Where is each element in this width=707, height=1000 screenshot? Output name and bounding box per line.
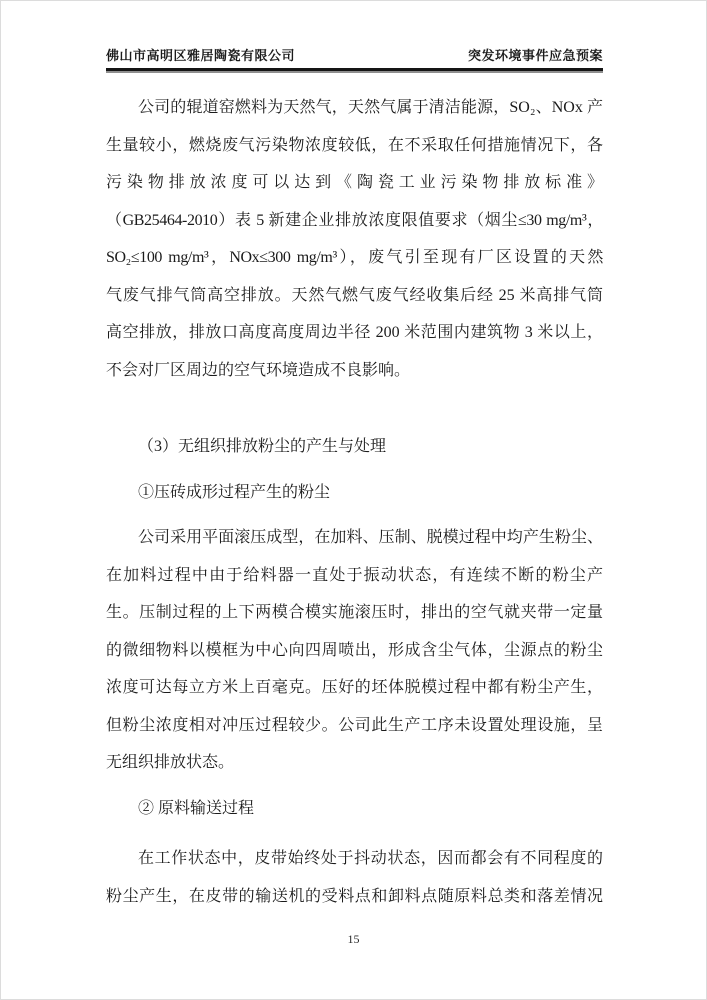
body-line: 的微细物料以模框为中心向四周喷出，形成含尘气体，尘源点的粉尘 [106,632,603,670]
subsection-heading-2: ② 原料输送过程 [106,790,603,828]
body-line: 在加料过程中由于给料器一直处于振动状态，有连续不断的粉尘产 [106,557,603,595]
paragraph-2: 公司采用平面滚压成型，在加料、压制、脱模过程中均产生粉尘、 在加料过程中由于给料… [106,519,603,782]
body-line: 公司的辊道窑燃料为天然气，天然气属于清洁能源，SO₂、NOx 产 [106,89,603,127]
section-heading-3: （3）无组织排放粉尘的产生与处理 [106,428,603,466]
body-line: SO₂≤100 mg/m³，NOx≤300 mg/m³），废气引至现有厂区设置的… [106,239,603,277]
body-line: 生量较小，燃烧废气污染物浓度较低，在不采取任何措施情况下，各 [106,127,603,165]
body-line: 生。压制过程的上下两模合模实施滚压时，排出的空气就夹带一定量 [106,594,603,632]
page-number: 15 [1,932,706,947]
paragraph-1: 公司的辊道窑燃料为天然气，天然气属于清洁能源，SO₂、NOx 产 生量较小，燃烧… [106,89,603,389]
header-rule [106,68,603,73]
header-company-name: 佛山市高明区雅居陶瓷有限公司 [106,45,295,64]
body-line: 不会对厂区周边的空气环境造成不良影响。 [106,352,603,390]
body-line: 但粉尘浓度相对冲压过程较少。公司此生产工序未设置处理设施，呈 [106,707,603,745]
body-line: 浓度可达每立方米上百毫克。压好的坯体脱模过程中都有粉尘产生， [106,669,603,707]
document-page: 佛山市高明区雅居陶瓷有限公司 突发环境事件应急预案 公司的辊道窑燃料为天然气，天… [0,0,707,1000]
body-line: 粉尘产生，在皮带的输送机的受料点和卸料点随原料总类和落差情况 [106,878,603,916]
subsection-heading-1: ①压砖成形过程产生的粉尘 [106,474,603,512]
body-line: 气废气排气筒高空排放。天然气燃气废气经收集后经 25 米高排气筒 [106,277,603,315]
paragraph-3: 在工作状态中，皮带始终处于抖动状态，因而都会有不同程度的 粉尘产生，在皮带的输送… [106,840,603,915]
page-header: 佛山市高明区雅居陶瓷有限公司 突发环境事件应急预案 [106,45,603,64]
body-line: （GB25464-2010）表 5 新建企业排放浓度限值要求（烟尘≤30 mg/… [106,202,603,240]
body-line: 公司采用平面滚压成型，在加料、压制、脱模过程中均产生粉尘、 [106,519,603,557]
body-line: 在工作状态中，皮带始终处于抖动状态，因而都会有不同程度的 [106,840,603,878]
header-doc-title: 突发环境事件应急预案 [468,45,603,64]
body-line: 无组织排放状态。 [106,744,603,782]
body-line: 污染物排放浓度可以达到《陶瓷工业污染物排放标准》 [106,164,603,202]
body-line: 高空排放，排放口高度高度周边半径 200 米范围内建筑物 3 米以上， [106,314,603,352]
document-body: 公司的辊道窑燃料为天然气，天然气属于清洁能源，SO₂、NOx 产 生量较小，燃烧… [106,89,603,915]
